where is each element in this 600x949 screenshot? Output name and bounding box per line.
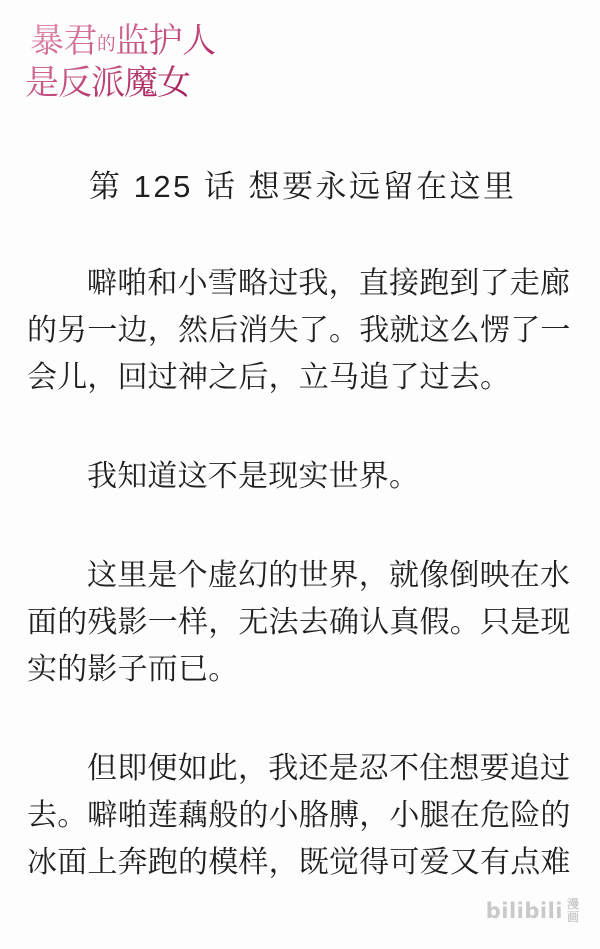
series-logo-line2: 是反派魔女 [25,64,216,102]
bilibili-logo-text: bilibili [486,899,563,923]
manga-label: 漫 画 [567,898,579,924]
paragraph-4: 但即便如此，我还是忍不住想要追过去。噼啪莲藕般的小胳膊，小腿在危险的冰面上奔跑的… [27,745,573,886]
paragraph-2: 我知道这不是现实世界。 [27,453,573,500]
bilibili-watermark: bilibili 漫 画 [486,898,579,924]
series-logo-de-char: 的 [97,34,115,55]
chapter-content: 第 125 话 想要永远留在这里 噼啪和小雪略过我，直接跑到了走廊的另一边，然后… [0,0,600,886]
series-logo: 暴君的监护人 是反派魔女 [25,22,216,102]
paragraph-3: 这里是个虚幻的世界，就像倒映在水面的残影一样，无法去确认真假。只是现实的影子而已… [27,552,573,693]
series-logo-text: 暴君 [30,21,97,61]
paragraph-1: 噼啪和小雪略过我，直接跑到了走廊的另一边，然后消失了。我就这么愣了一会儿，回过神… [27,260,573,401]
series-logo-line1: 暴君的监护人 [25,22,216,64]
manga-label-bottom: 画 [567,911,579,924]
series-logo-text: 监护人 [115,21,216,61]
chapter-title: 第 125 话 想要永远留在这里 [27,163,573,210]
